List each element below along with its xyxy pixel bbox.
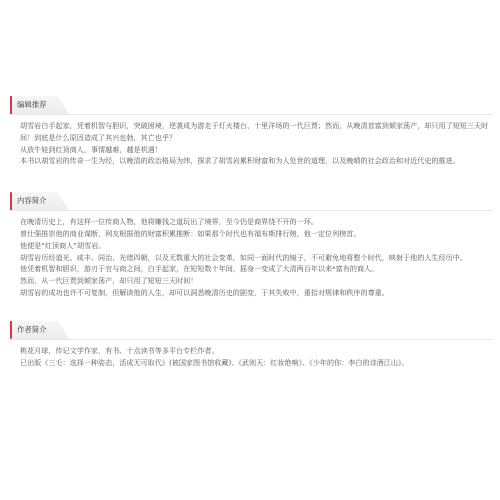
paragraph: 曾仕强推崇他的商业谋断，网友根据他的财富积累推断：如果那个时代也有福布斯排行榜，…	[20, 228, 490, 240]
section-header: 编辑推荐	[10, 96, 492, 115]
section-content-summary: 内容简介 在晚清历史上，有这样一位传商人物，他将赚钱之道玩出了境界，至今仍是商界…	[0, 192, 500, 299]
section-body: 桃花月球，传记文学作家，有书、十点读书等多平台专栏作者。 已出版《三毛：选择一种…	[0, 340, 500, 369]
paragraph: 在晚清历史上，有这样一位传商人物，他将赚钱之道玩出了境界，至今仍是商界绕不开的一…	[20, 216, 490, 228]
section-title: 作者简介	[10, 321, 69, 339]
paragraph: 本书以胡雪岩的传奇一生为经，以晚清的政治格局为纬，探求了胡雪岩累积财富和为人处世…	[20, 155, 490, 167]
section-header: 内容简介	[10, 192, 492, 211]
section-editor-recommendation: 编辑推荐 胡雪岩白手起家，凭着机智与胆识，突破困境，逆袭成为游走于灯火楼台、十里…	[0, 96, 500, 167]
paragraph: 从放牛娃到红顶商人，事情越难，越是机遇！	[20, 144, 490, 156]
section-body: 在晚清历史上，有这样一位传商人物，他将赚钱之道玩出了境界，至今仍是商界绕不开的一…	[0, 211, 500, 299]
paragraph: 已出版《三毛：选择一种姿态，活成无可取代》(被国家图书馆收藏)、《武则天：红妆绝…	[20, 357, 490, 369]
paragraph: 胡雪岩白手起家，凭着机智与胆识，突破困境，逆袭成为游走于灯火楼台、十里洋场的一代…	[20, 120, 490, 144]
section-header: 作者简介	[10, 321, 492, 340]
paragraph: 胡雪岩的成功也许不可复制，但解读他的人生，却可以洞悉晚清历史的剧变，于其失败中，…	[20, 287, 490, 299]
section-title: 编辑推荐	[10, 96, 69, 114]
product-description: 编辑推荐 胡雪岩白手起家，凭着机智与胆识，突破困境，逆袭成为游走于灯火楼台、十里…	[0, 96, 500, 368]
paragraph: 胡雪岩历经道光、咸丰、同治、光绪四朝，以及无数重大的社会变革，如同一面时代的镜子…	[20, 252, 490, 264]
section-body: 胡雪岩白手起家，凭着机智与胆识，突破困境，逆袭成为游走于灯火楼台、十里洋场的一代…	[0, 115, 500, 167]
paragraph: 他便是“红顶商人”胡雪岩。	[20, 240, 490, 252]
section-author-intro: 作者简介 桃花月球，传记文学作家，有书、十点读书等多平台专栏作者。 已出版《三毛…	[0, 321, 500, 369]
paragraph: 桃花月球，传记文学作家，有书、十点读书等多平台专栏作者。	[20, 345, 490, 357]
section-title: 内容简介	[10, 192, 69, 210]
paragraph: 然而，从一代巨贾到倾家荡产，却只用了短短三天时间！	[20, 275, 490, 287]
paragraph: 他凭着机智和胆识，游刃于官与商之间，白手起家，在短短数十年间，摇身一变成了大清两…	[20, 263, 490, 275]
